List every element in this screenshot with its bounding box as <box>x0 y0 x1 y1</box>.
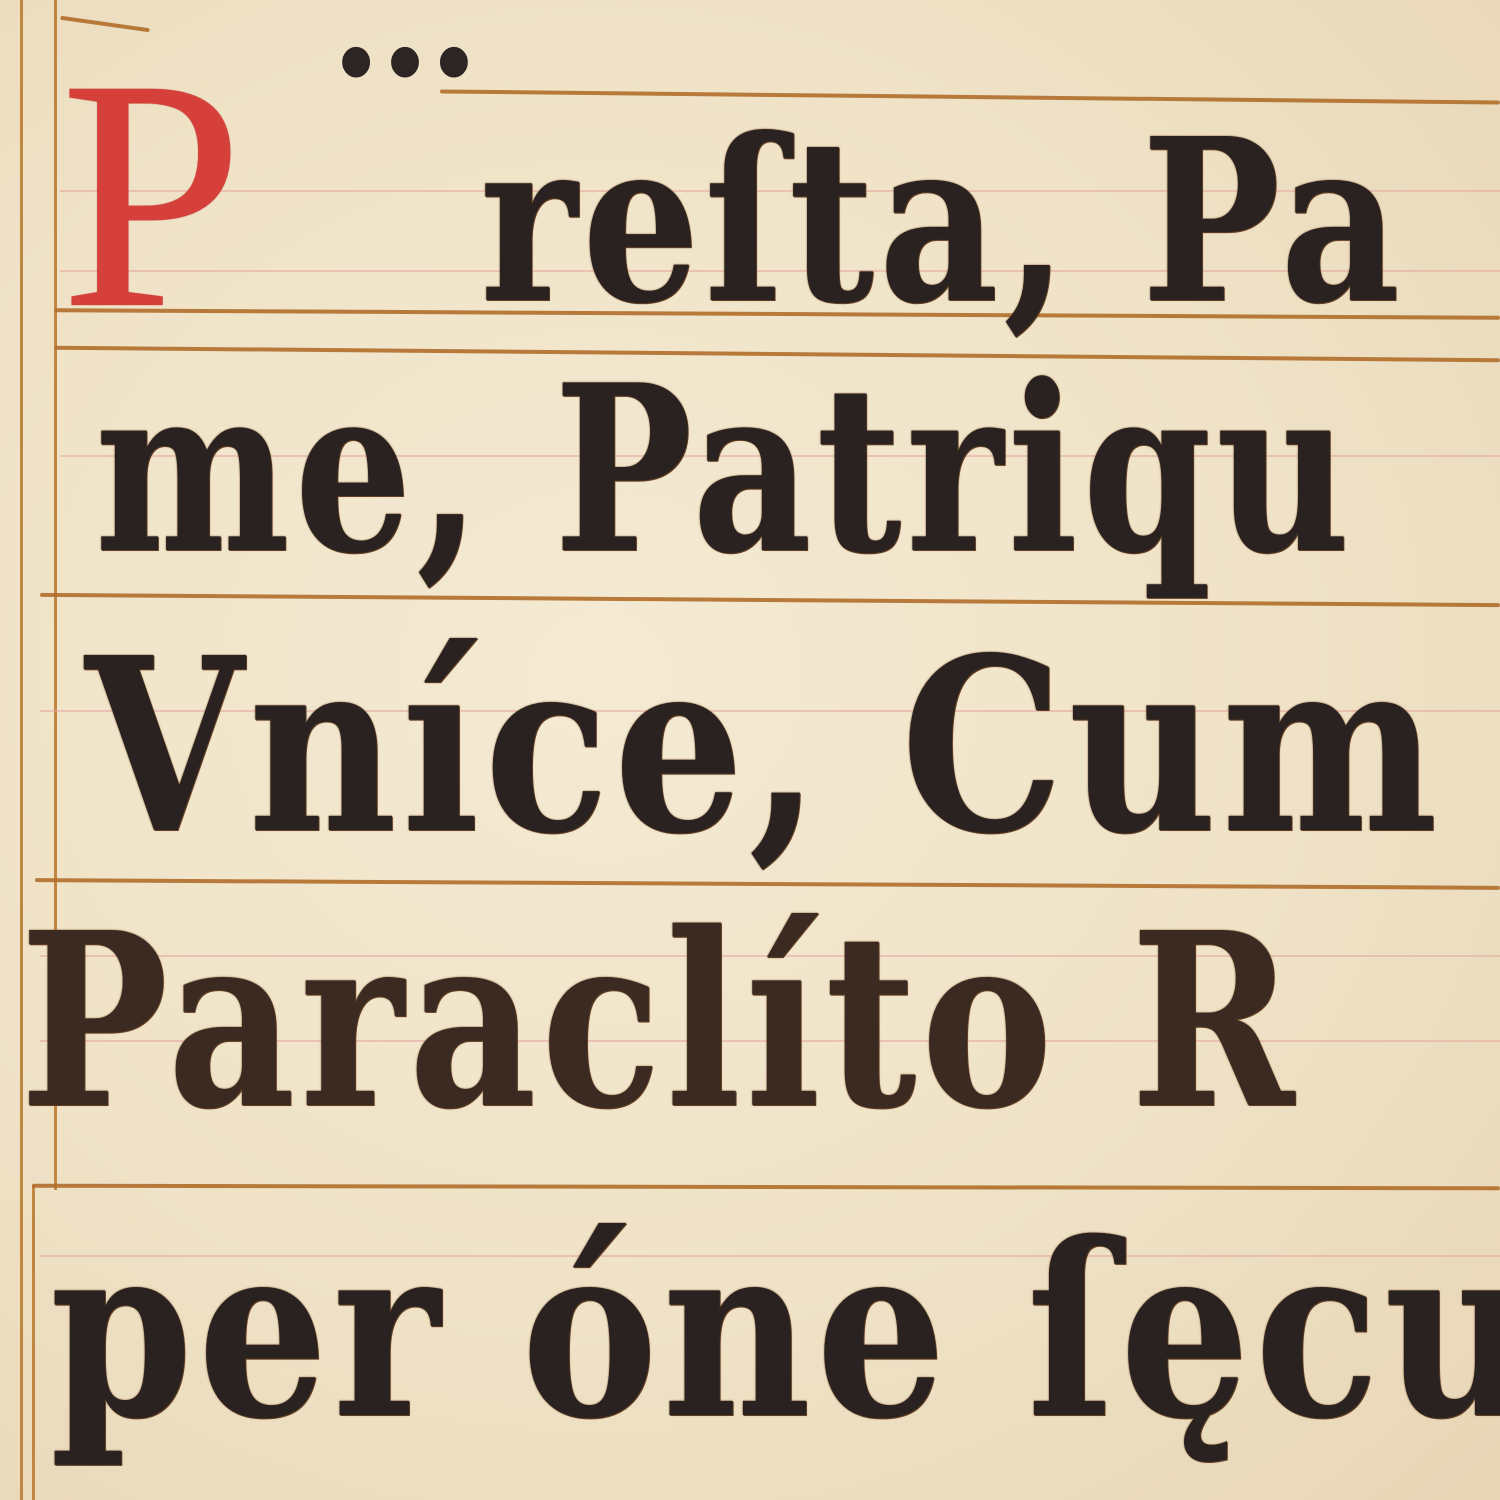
cut-off-text-line: … <box>330 0 490 115</box>
text-line-4: Paraclíto R <box>20 880 1299 1162</box>
text-line-3: Vníce, Cum <box>85 605 1443 887</box>
red-initial-letter: P <box>60 30 244 360</box>
margin-rule-lower <box>32 1185 35 1500</box>
text-line-1: reſta, Pa <box>480 90 1405 354</box>
text-line-2: me, Patriqu <box>95 335 1355 605</box>
text-line-5: per óne ſęcul <box>50 1190 1500 1472</box>
margin-rule-outer <box>20 0 23 1500</box>
manuscript-page: … P reſta, Pa me, Patriqu Vníce, Cum Par… <box>0 0 1500 1500</box>
